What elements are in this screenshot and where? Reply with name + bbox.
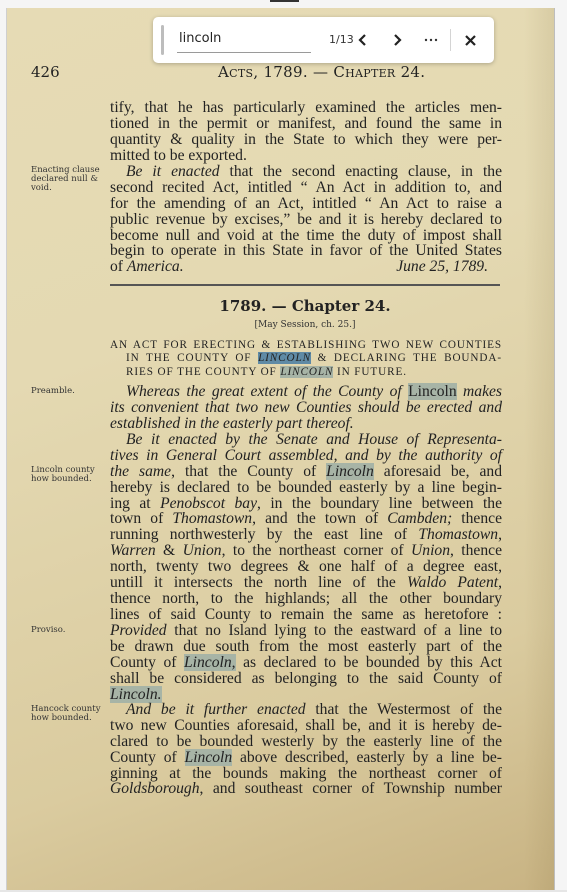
italic-text: Thomastown — [172, 510, 252, 527]
match-count: 1/13 — [329, 33, 354, 46]
italic-text: Be it enacted — [126, 163, 220, 180]
previous-match-button[interactable] — [351, 27, 375, 53]
close-find-button[interactable] — [458, 27, 482, 53]
italic-text: the same — [110, 463, 171, 480]
italic-text: Waldo Patent — [407, 574, 498, 591]
text-line: running northwesterly by the east line o… — [110, 527, 502, 543]
search-match[interactable]: Lincoln — [408, 383, 457, 400]
section-divider — [110, 284, 500, 286]
running-head-chapter-num: 24. — [396, 63, 426, 81]
text: & DECLARING THE BOUNDA- — [311, 352, 502, 364]
margin-note-hancock-bounded: Hancock county how bounded. — [31, 705, 107, 723]
text: aforesaid be, and — [374, 463, 502, 480]
search-match-current[interactable]: LINCOLN — [258, 352, 311, 364]
text-line: the same, that the County of Lincoln afo… — [110, 464, 502, 480]
text: thence — [452, 510, 502, 527]
text: Whereas the great extent of the County o… — [126, 383, 408, 400]
text: of America. — [110, 259, 184, 275]
text: of — [110, 258, 127, 275]
text-line: ing at Penobscot bay, in the boundary li… — [110, 496, 502, 512]
text-line: be drawn due south from the most easterl… — [110, 639, 502, 655]
text: as declared to be bounded by this Act — [236, 654, 502, 671]
text: that the Westermost of the — [306, 701, 502, 718]
text-line: north, twenty two degrees & one half of … — [110, 559, 502, 575]
text-line: Whereas the great extent of the County o… — [110, 384, 502, 400]
enacting-paragraph: Be it enacted that the second enacting c… — [110, 164, 502, 275]
continued-paragraph: tify, that he has particularly examined … — [110, 100, 502, 164]
text-line: town of Thomastown, and the town of Camb… — [110, 511, 502, 527]
text-line: public revenue by excises,” be and it is… — [110, 212, 502, 228]
next-match-button[interactable] — [385, 27, 409, 53]
toolbar-divider — [450, 29, 451, 51]
text: IN THE COUNTY OF — [126, 352, 258, 364]
text-line: tioned in the permit or manifest, and fo… — [110, 116, 502, 132]
ellipsis-icon — [424, 38, 438, 42]
text: , — [498, 526, 502, 543]
drag-handle[interactable] — [161, 25, 164, 55]
text: , and the town of — [252, 510, 387, 527]
italic-text: Union — [411, 542, 450, 559]
hancock-paragraph: And be it further enacted that the Weste… — [110, 702, 502, 797]
italic-text: Goldsborough — [110, 780, 200, 797]
text: that no Island lying to the eastward of … — [167, 622, 502, 639]
text-line: established in the easterly part thereof… — [110, 416, 502, 432]
text-line: IN THE COUNTY OF LINCOLN & DECLARING THE… — [110, 352, 502, 365]
text-line: hereby is declared to be bounded easterl… — [110, 480, 502, 496]
chevron-right-icon — [392, 34, 402, 46]
session-note: [May Session, ch. 25.] — [110, 320, 500, 330]
text: , to the northeast corner of — [222, 542, 411, 559]
chevron-left-icon — [358, 34, 368, 46]
text-line: for the amending of an Act, intitled “ A… — [110, 196, 502, 212]
text-line: Be it enacted that the second enacting c… — [110, 164, 502, 180]
italic-text: And be it further enacted — [126, 701, 306, 718]
search-match[interactable]: Lincoln. — [110, 686, 162, 703]
text: that the second enacting clause, in the — [220, 163, 502, 180]
text: untill it intersects the north line of t… — [110, 574, 407, 591]
text: , thence — [450, 542, 502, 559]
text-line: County of Lincoln above described, easte… — [110, 750, 502, 766]
text-line: of America.June 25, 1789. — [110, 259, 502, 275]
text: , — [498, 574, 502, 591]
close-icon — [465, 35, 476, 46]
text-line: tives in General Court assembled, and by… — [110, 448, 502, 464]
text-line: ginning at the bounds making the northea… — [110, 766, 502, 782]
text: & — [156, 542, 183, 559]
act-heading: AN ACT FOR ERECTING & ESTABLISHING TWO N… — [110, 339, 502, 379]
chapter-title: 1789. — Chapter 24. — [110, 297, 500, 315]
preamble-paragraph: Whereas the great extent of the County o… — [110, 384, 502, 432]
text-line: County of Lincoln, as declared to be bou… — [110, 655, 502, 671]
text-line: begin to operate in this State in favor … — [110, 243, 502, 259]
italic-text: Cambden; — [387, 510, 452, 527]
text: , in the boundary line between the — [257, 495, 502, 512]
proviso-paragraph: Provided that no Island lying to the eas… — [110, 623, 502, 702]
text-line: clared to be bounded westerly by the eas… — [110, 734, 502, 750]
running-head-chapter: Chapter — [333, 63, 395, 81]
text: ing at — [110, 495, 160, 512]
running-head-acts: Acts — [218, 63, 253, 81]
text-line: RIES OF THE COUNTY OF LINCOLN IN FUTURE. — [110, 366, 502, 379]
top-edge-indicator — [270, 0, 299, 2]
text: running northwesterly by the east line o… — [110, 526, 418, 543]
text: RIES OF THE COUNTY OF — [126, 366, 280, 378]
text: above described, easterly by a line be- — [232, 749, 502, 766]
text-line: untill it intersects the north line of t… — [110, 575, 502, 591]
search-match[interactable]: LINCOLN — [280, 366, 333, 378]
running-head-year: , 1789. — — [253, 63, 333, 81]
italic-text: Penobscot bay — [160, 495, 257, 512]
text-line: tify, that he has particularly examined … — [110, 100, 502, 116]
text-line: lines of said County to remain the same … — [110, 607, 502, 623]
text-line: Warren & Union, to the northeast corner … — [110, 543, 502, 559]
text: IN FUTURE. — [333, 366, 407, 378]
italic-text: Provided — [110, 622, 167, 639]
italic-text: Warren — [110, 542, 156, 559]
text-line: become null and void at the time the dut… — [110, 228, 502, 244]
text-line: Goldsborough, and southeast corner of To… — [110, 781, 502, 797]
text-line: And be it further enacted that the Weste… — [110, 702, 502, 718]
main-enactment-paragraph: Be it enacted by the Senate and House of… — [110, 432, 502, 623]
page-number: 426 — [31, 63, 60, 81]
text-line: quantity & quality in the State to which… — [110, 132, 502, 148]
margin-note-preamble: Preamble. — [31, 387, 107, 396]
act-date: June 25, 1789. — [396, 259, 488, 275]
text-line: Provided that no Island lying to the eas… — [110, 623, 502, 639]
text: town of — [110, 510, 172, 527]
running-head: Acts, 1789. — Chapter 24. — [218, 63, 425, 81]
text-line: Be it enacted by the Senate and House of… — [110, 432, 502, 448]
search-match[interactable]: Lincoln, — [184, 654, 236, 671]
margin-note-enacting: Enacting clause declared null & void. — [31, 166, 107, 193]
find-bar: 1/13 — [153, 17, 494, 63]
text-line: its convenient that two new Counties sho… — [110, 400, 502, 416]
text-line: thence north, to the highlands; all the … — [110, 591, 502, 607]
text: makes — [457, 383, 502, 400]
text: , that the County of — [171, 463, 326, 480]
text-line: second recited Act, intitled “ An Act in… — [110, 180, 502, 196]
text-line: two new Counties aforesaid, shall be, an… — [110, 718, 502, 734]
text-line: shall be considered as belonging to the … — [110, 671, 502, 687]
italic-text: America. — [127, 258, 184, 275]
find-input[interactable] — [177, 27, 311, 53]
margin-note-proviso: Proviso. — [31, 626, 107, 635]
search-match[interactable]: Lincoln — [185, 749, 233, 766]
more-options-button[interactable] — [419, 27, 443, 53]
text-line: AN ACT FOR ERECTING & ESTABLISHING TWO N… — [110, 339, 502, 352]
search-match[interactable]: Lincoln — [326, 463, 374, 480]
italic-text: Thomastown — [418, 526, 498, 543]
margin-note-lincoln-bounded: Lincoln county how bounded. — [31, 466, 107, 484]
italic-text: Union — [183, 542, 222, 559]
text: County of — [110, 654, 184, 671]
text-line: mitted to be exported. — [110, 148, 502, 164]
text: County of — [110, 749, 185, 766]
text: , and southeast corner of Township numbe… — [200, 780, 502, 797]
